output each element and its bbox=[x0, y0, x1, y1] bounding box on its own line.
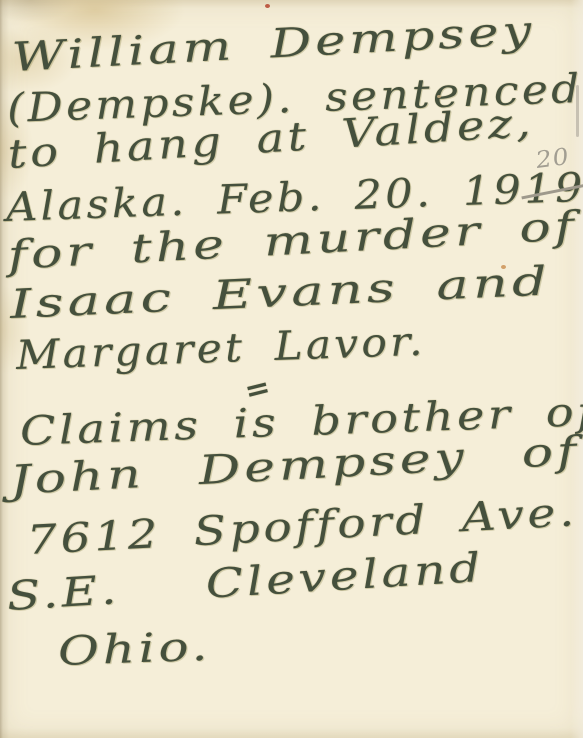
rust-speck bbox=[501, 265, 506, 269]
handwritten-line-victim-2: Margaret Lavor. bbox=[15, 320, 426, 378]
note-card: William Dempsey (Dempske). sentenced to … bbox=[0, 0, 583, 738]
faint-stain-speck bbox=[437, 95, 441, 98]
red-ink-speck bbox=[265, 4, 270, 8]
handwritten-line-state: Ohio. bbox=[57, 625, 212, 674]
scan-edge-mark bbox=[576, 85, 579, 137]
handwritten-line-street: 7612 Spofford Ave. bbox=[26, 490, 579, 563]
pencil-correction: 20 bbox=[534, 145, 571, 174]
